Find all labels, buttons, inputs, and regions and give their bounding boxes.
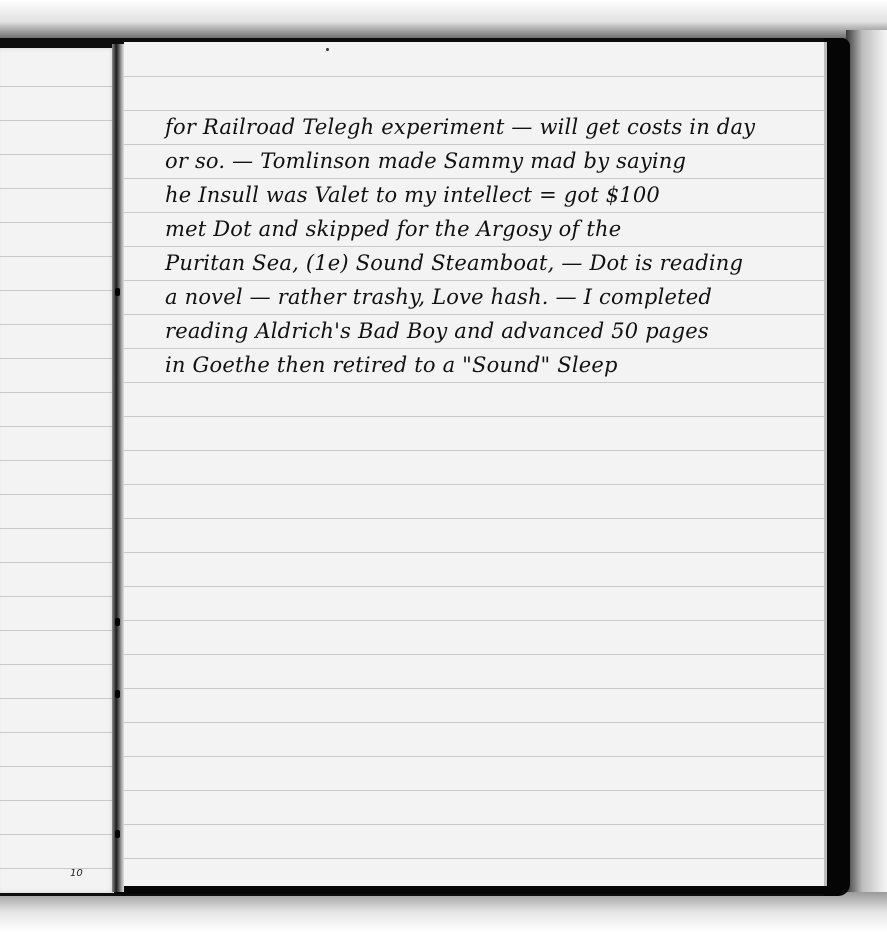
text-line: he Insull was Valet to my intellect = go… <box>165 178 815 212</box>
stitch-icon <box>115 618 120 626</box>
text-line: in Goethe then retired to a "Sound" Slee… <box>165 348 815 382</box>
text-line: reading Aldrich's Bad Boy and advanced 5… <box>165 314 815 348</box>
left-page <box>0 48 114 893</box>
text-line: met Dot and skipped for the Argosy of th… <box>165 212 815 246</box>
stitch-icon <box>115 288 120 296</box>
text-line: for Railroad Telegh experiment — will ge… <box>165 110 815 144</box>
notebook-bottom-edge <box>112 886 842 894</box>
page-number: 10 <box>70 868 83 879</box>
text-line: or so. — Tomlinson made Sammy mad by say… <box>165 144 815 178</box>
notebook-spine <box>112 44 124 892</box>
stitch-icon <box>115 690 120 698</box>
bottom-shadow <box>0 892 887 932</box>
right-shadow <box>846 30 887 910</box>
notebook-cover-edge <box>824 38 850 896</box>
ink-dot <box>326 48 329 51</box>
text-line: Puritan Sea, (1e) Sound Steamboat, — Dot… <box>165 246 815 280</box>
text-line: a novel — rather trashy, Love hash. — I … <box>165 280 815 314</box>
handwritten-entry: for Railroad Telegh experiment — will ge… <box>165 110 815 382</box>
stitch-icon <box>115 830 120 838</box>
